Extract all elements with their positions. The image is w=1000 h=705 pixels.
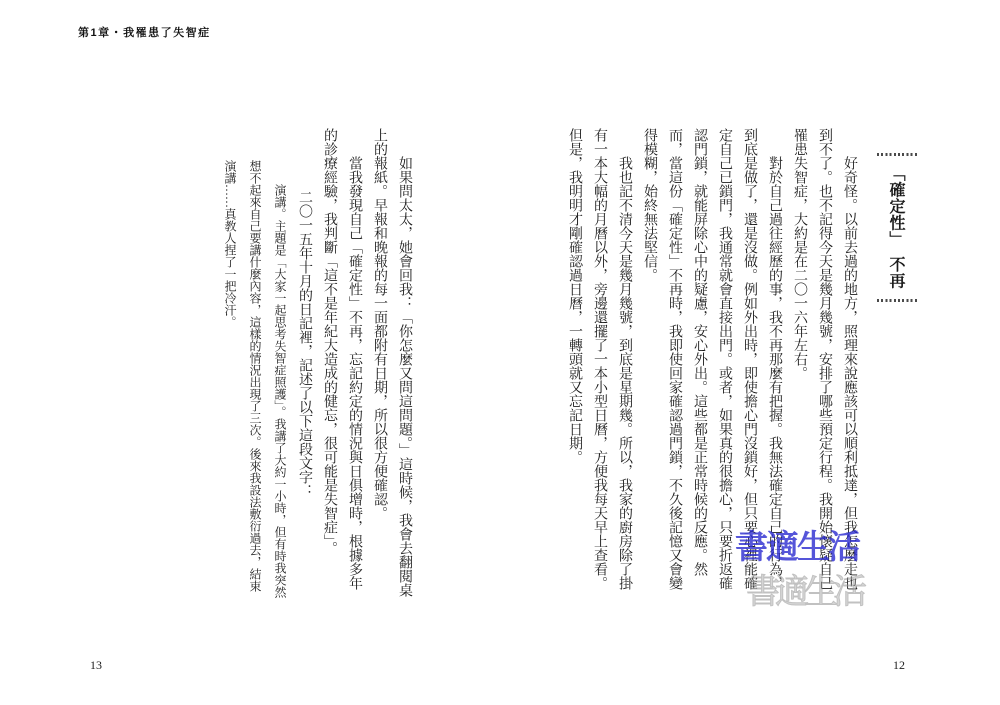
page-number-left: 13 [90,658,102,673]
paragraph: 好奇怪。以前去過的地方，照理來說應該可以順利抵達，但我怎麼走也到不了。也不記得今… [787,128,862,602]
section-title: 「確定性」 不再 [884,165,907,305]
book-spread: 第1章・我罹患了失智症 「確定性」 不再 好奇怪。以前去過的地方，照理來說應該可… [0,0,1000,705]
paragraph: 對於自己過往經歷的事，我不再那麼有把握。我無法確定自己的行為，到底是做了，還是沒… [637,128,787,602]
paragraph: 二〇一五年十月的日記裡，記述了以下這段文字： [292,128,317,602]
title-ornament-top [877,153,918,156]
paragraph: 如果問太太，她會回我：「你怎麼又問這問題。」這時候，我會去翻閱桌上的報紙。早報和… [367,128,417,602]
diary-quote: 演講。主題是「大家一起思考失智症照護」。我講了大約一小時，但有時我突然想不起來自… [217,160,292,602]
right-page-body: 好奇怪。以前去過的地方，照理來說應該可以順利抵達，但我怎麼走也到不了。也不記得今… [562,128,862,602]
paragraph: 我也記不清今天是幾月幾號，到底是星期幾。所以，我家的廚房除了掛有一本大幅的月曆以… [562,128,637,602]
paragraph: 當我發現自己「確定性」不再，忘記約定的情況與日俱增時，根據多年的診療經驗，我判斷… [317,128,367,602]
page-number-right: 12 [893,658,905,673]
title-ornament-bottom [877,299,918,302]
chapter-header: 第1章・我罹患了失智症 [78,24,211,40]
left-page-body: 如果問太太，她會回我：「你怎麼又問這問題。」這時候，我會去翻閱桌上的報紙。早報和… [217,128,417,602]
